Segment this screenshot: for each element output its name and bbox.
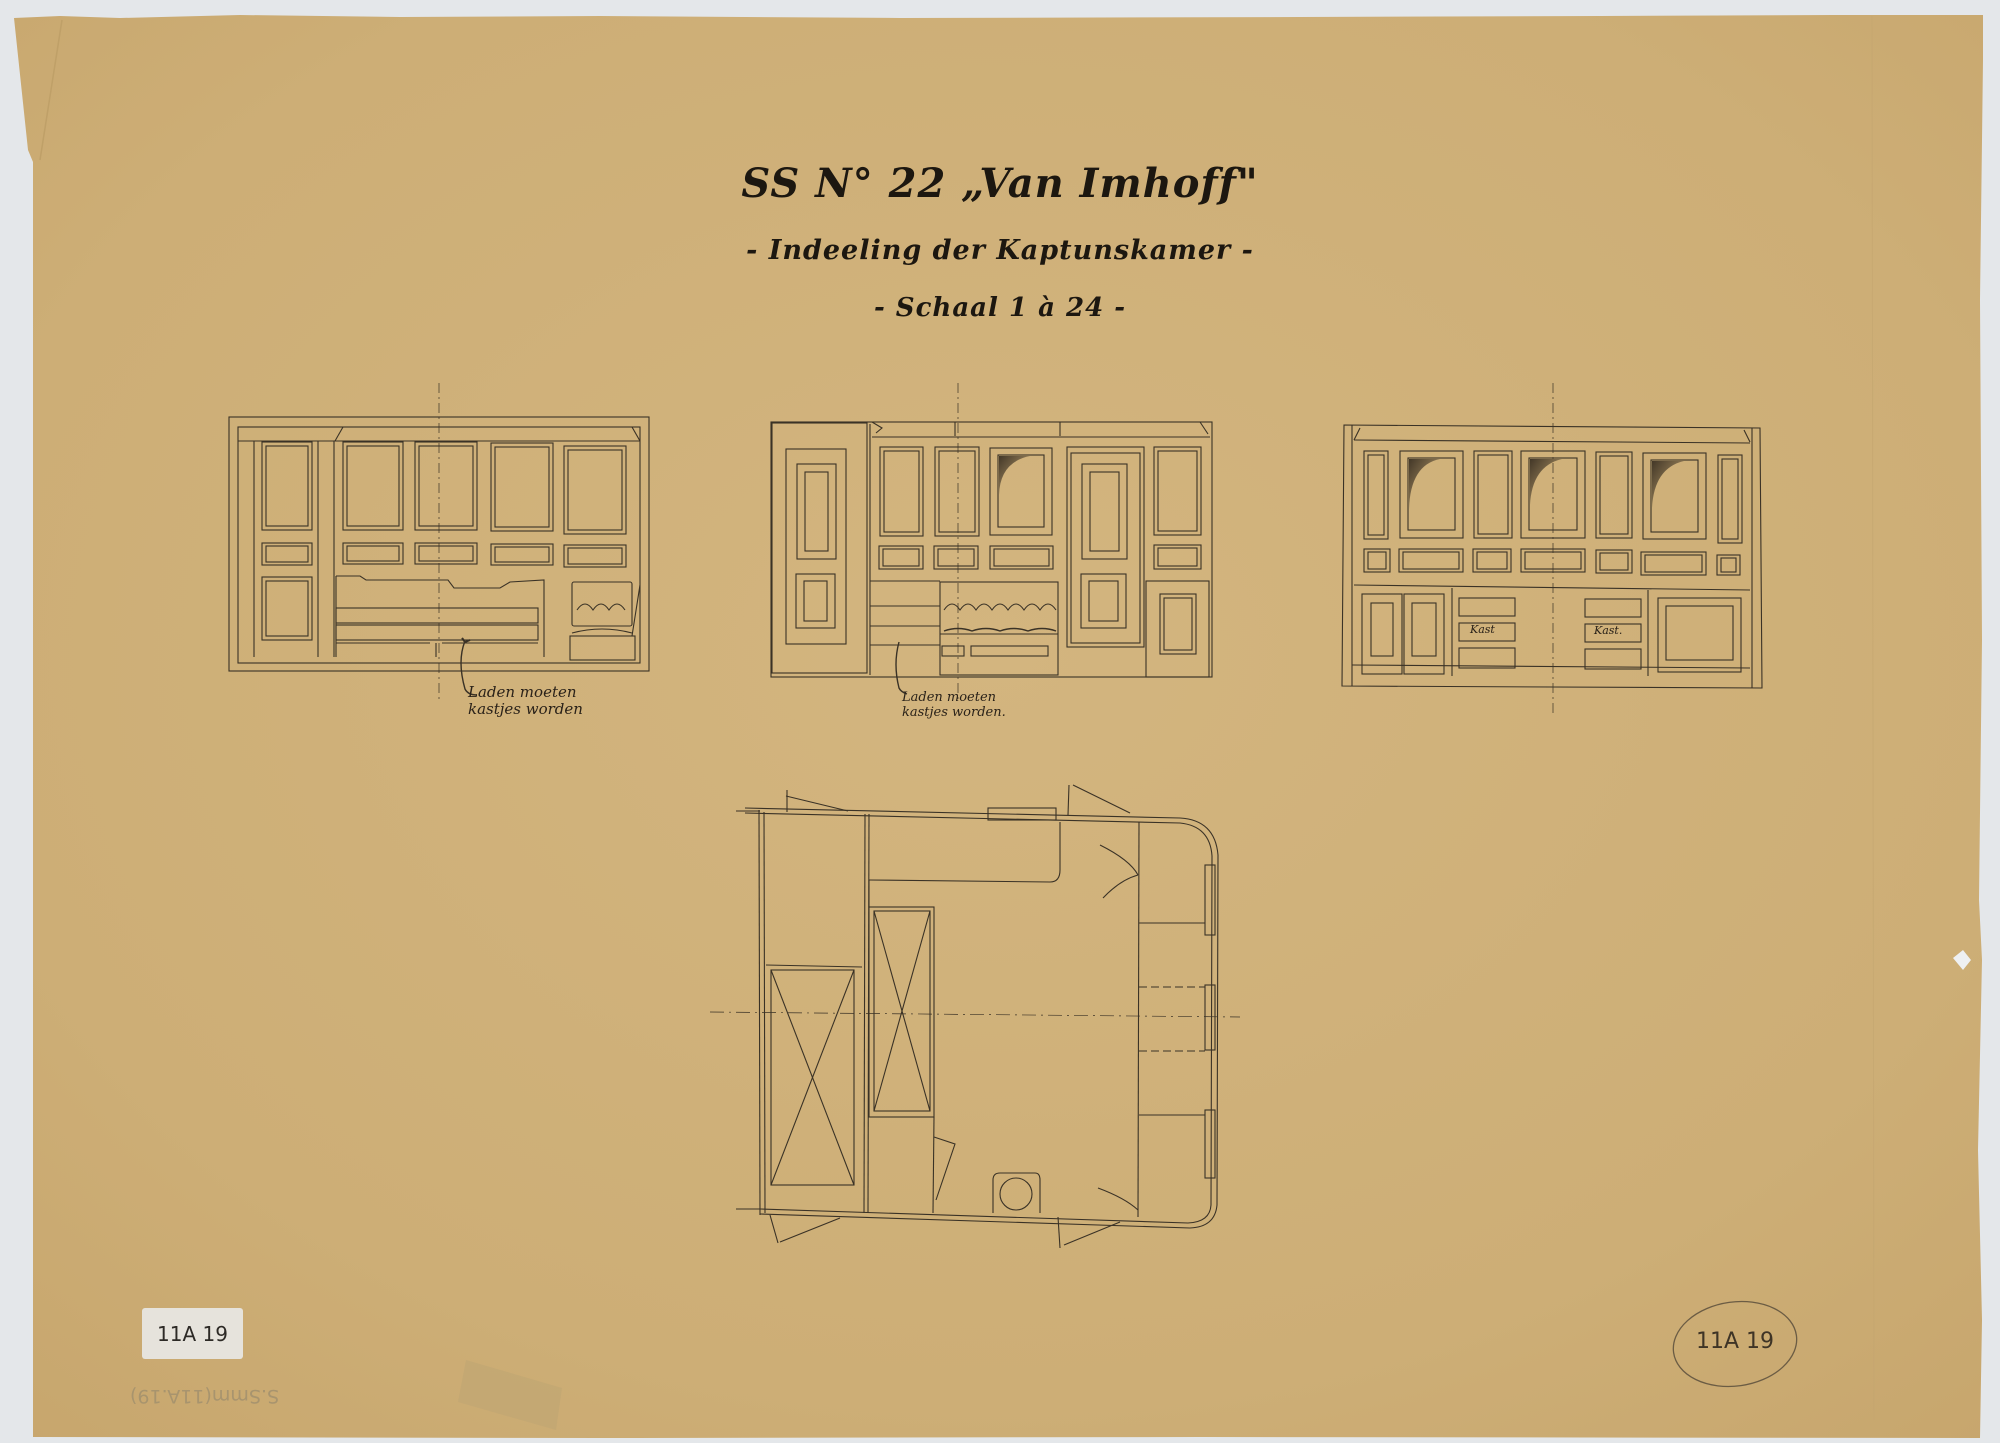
drawing-scale: - Schaal 1 à 24 - — [0, 293, 2000, 323]
label-kast-2: Kast. — [1594, 624, 1622, 637]
archive-circled-id: 11A 19 — [1670, 1302, 1800, 1380]
drawing-subtitle: - Indeeling der Kaptunskamer - — [0, 235, 2000, 266]
archive-pencil-mark: S.Smm(11A.19) — [130, 1385, 279, 1407]
archive-sticker: 11A 19 — [142, 1308, 243, 1359]
label-kast-1: Kast — [1470, 623, 1495, 636]
annotation-elevation-2: Laden moeten kastjes worden. — [902, 690, 1006, 720]
drawing-canvas — [0, 0, 2000, 1443]
paper-sheet — [14, 15, 1983, 1438]
ship-title: SS N° 22 „Van Imhoff" — [0, 160, 2000, 207]
annotation-elevation-1: Laden moeten kastjes worden — [468, 684, 583, 718]
drawing-sheet — [0, 0, 2000, 1443]
